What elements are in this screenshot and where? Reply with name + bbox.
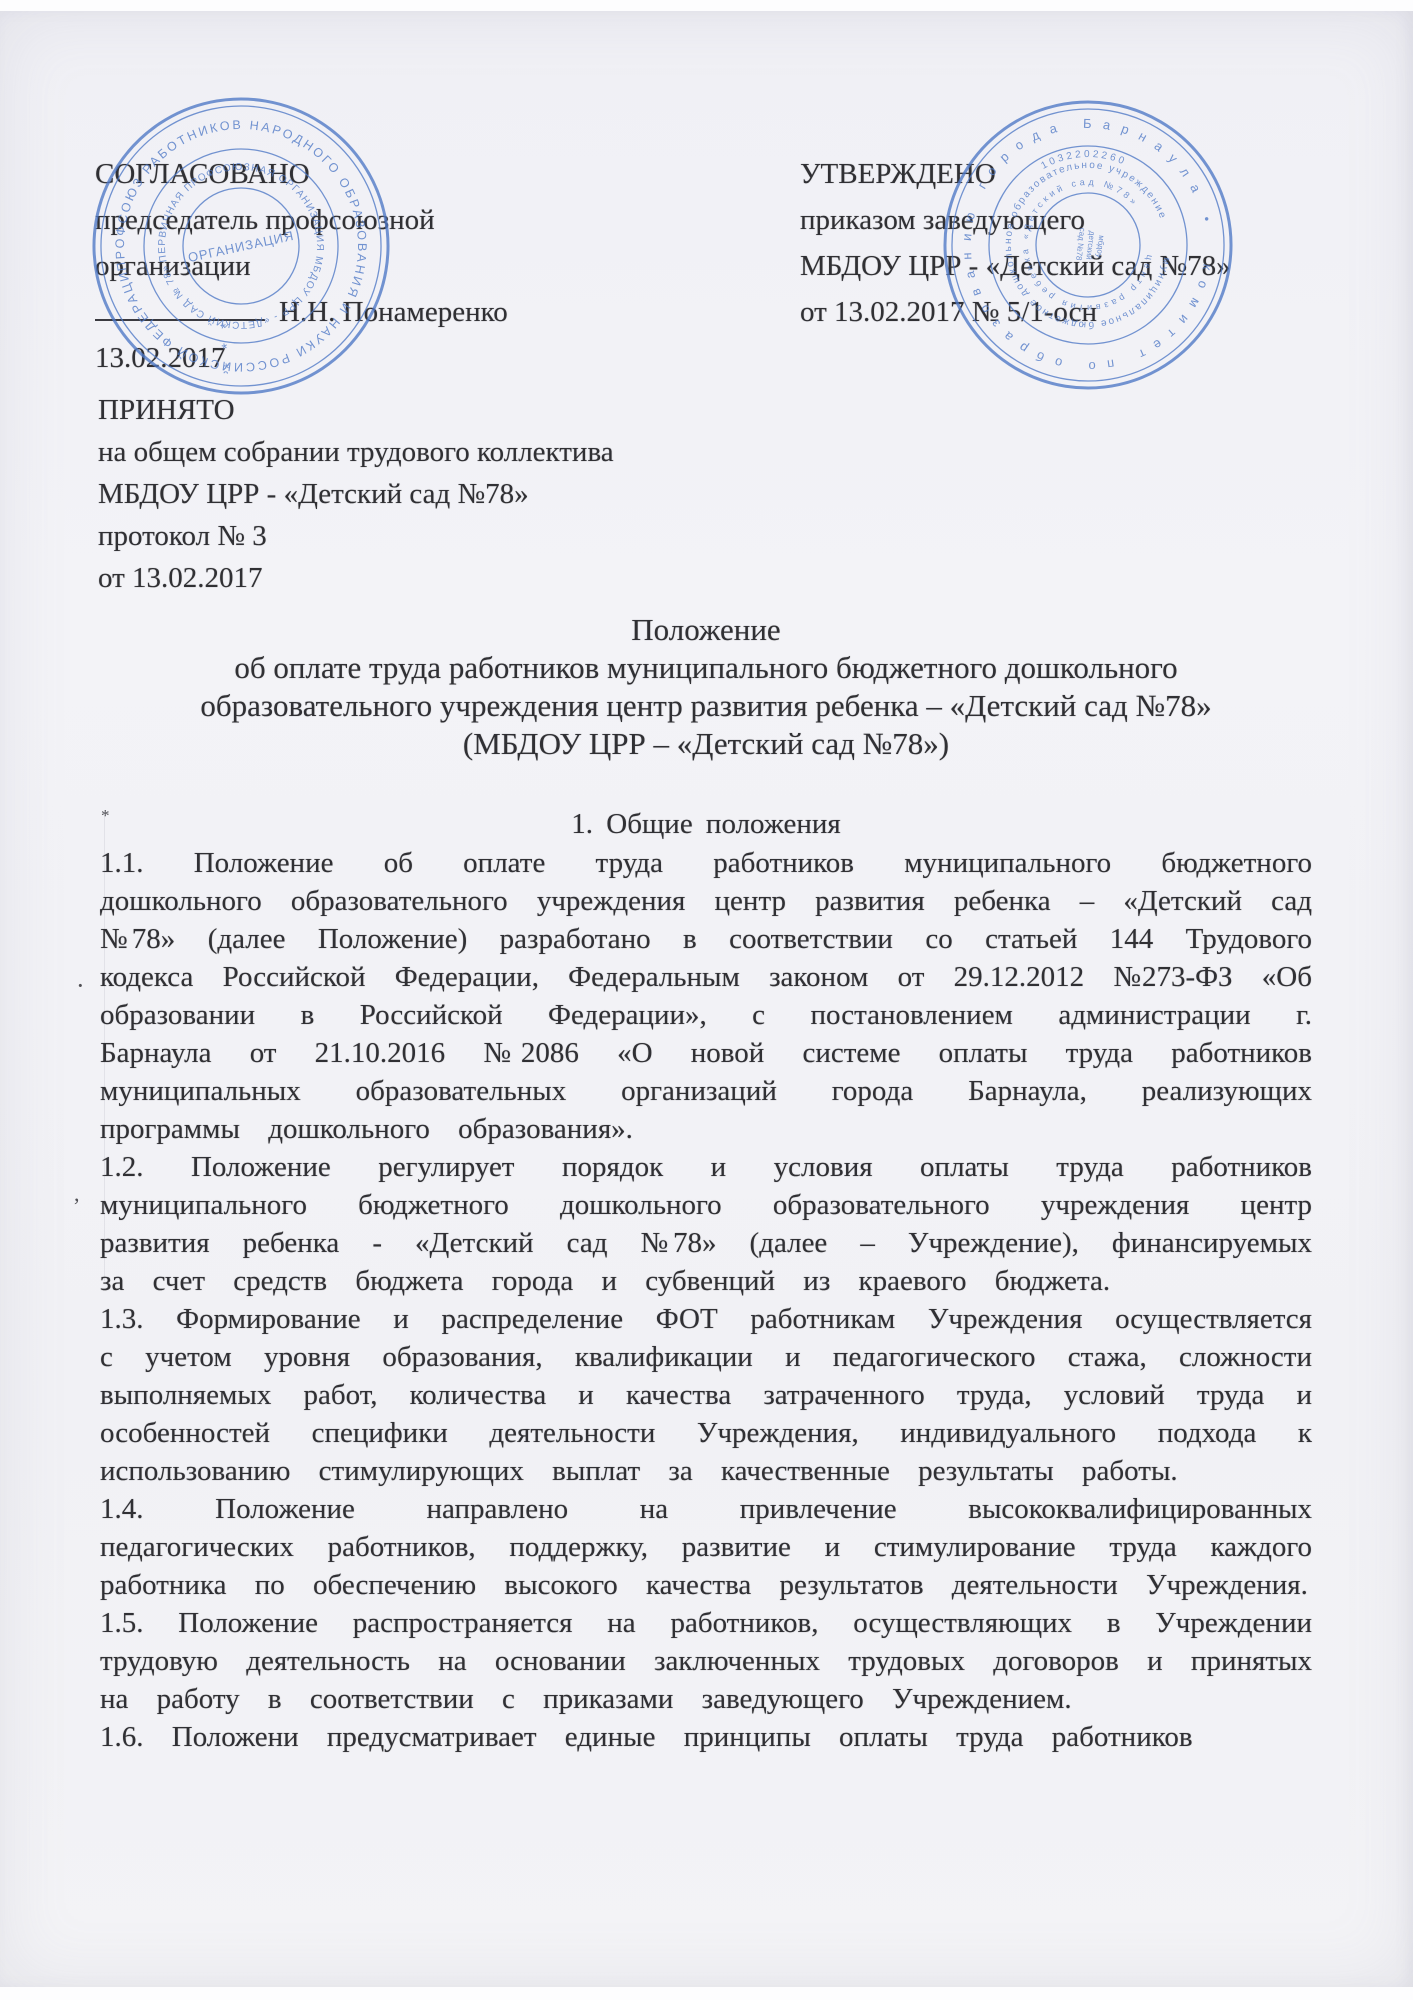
- scanned-page: СОГЛАСОВАНО председатель профсоюзной орг…: [0, 11, 1413, 1987]
- scan-artifact-3: ,: [74, 1183, 80, 1205]
- paragraph-1-5: 1.5. Положение распространяется на работ…: [100, 1604, 1312, 1718]
- paragraph-1-2: 1.2. Положение регулирует порядок и усло…: [100, 1148, 1312, 1300]
- title-line3: образовательного учреждения центр развит…: [100, 687, 1312, 725]
- section-heading: 1. Общие положения: [100, 804, 1312, 844]
- accepted-block: ПРИНЯТО на общем собрании трудового колл…: [98, 389, 614, 599]
- paragraph-1-3: 1.3. Формирование и распределение ФОТ ра…: [100, 1300, 1312, 1490]
- paragraph-1-4: 1.4. Положение направлено на привлечение…: [100, 1490, 1312, 1604]
- title-line1: Положение: [100, 611, 1312, 649]
- accepted-line2: МБДОУ ЦРР - «Детский сад №78»: [98, 473, 614, 515]
- scan-artifact-2: ·: [76, 973, 85, 999]
- union-stamp-icon: ПРОФСОЮЗ РАБОТНИКОВ НАРОДНОГО ОБРАЗОВАНИ…: [86, 91, 396, 401]
- paragraph-1-1: 1.1. Положение об оплате труда работнико…: [100, 844, 1312, 1148]
- accepted-line3: протокол № 3: [98, 515, 614, 557]
- title-line4: (МБДОУ ЦРР – «Детский сад №78»): [100, 725, 1312, 763]
- accepted-line1: на общем собрании трудового коллектива: [98, 431, 614, 473]
- accepted-line4: от 13.02.2017: [98, 557, 614, 599]
- document-body: 1. Общие положения 1.1. Положение об опл…: [100, 804, 1312, 1756]
- title-line2: об оплате труда работников муниципальног…: [100, 649, 1312, 687]
- paragraph-1-6: 1.6. Положени предусматривает единые при…: [100, 1718, 1312, 1756]
- stamp-center-label: ОРГАНИЗАЦИЯ: [187, 228, 296, 265]
- institution-stamp-icon: комитет по образованию города Барнаула •…: [938, 95, 1238, 395]
- document-title: Положение об оплате труда работников мун…: [100, 611, 1312, 763]
